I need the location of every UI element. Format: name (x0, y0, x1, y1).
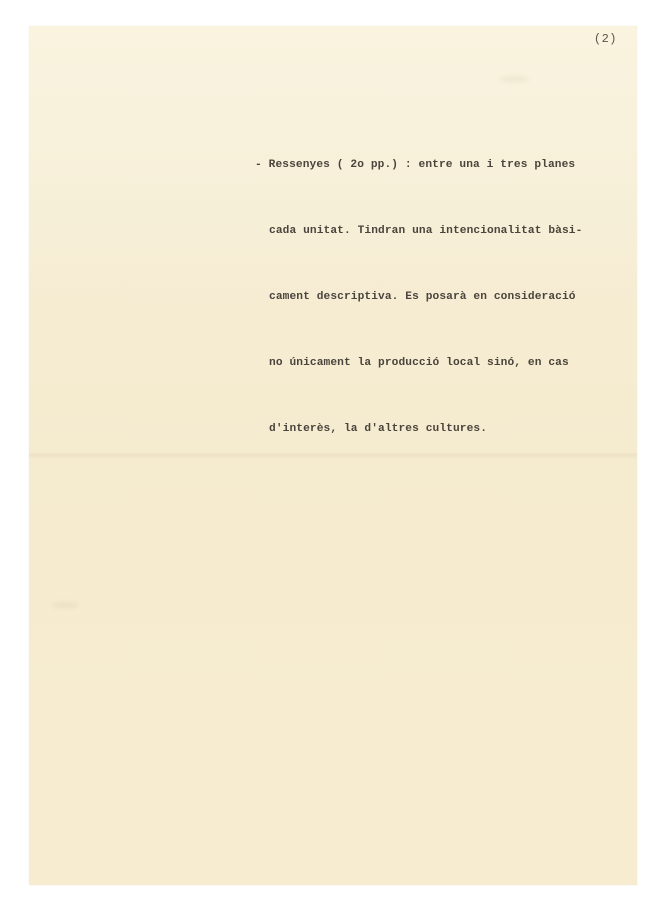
paragraph-line: no únicament la producció local sinó, en… (255, 352, 625, 374)
typed-paragraph: - Ressenyes ( 2o pp.) : entre una i tres… (255, 110, 625, 484)
page-number: (2) (594, 32, 617, 46)
paragraph-line: - Ressenyes ( 2o pp.) : entre una i tres… (255, 154, 625, 176)
paper-smudge (51, 602, 79, 608)
paper-smudge (499, 76, 529, 82)
paragraph-line: cada unitat. Tindran una intencionalitat… (255, 220, 625, 242)
paragraph-line: cament descriptiva. Es posarà en conside… (255, 286, 625, 308)
typed-page: (2) - Ressenyes ( 2o pp.) : entre una i … (29, 26, 637, 885)
paragraph-line: d'interès, la d'altres cultures. (255, 418, 625, 440)
